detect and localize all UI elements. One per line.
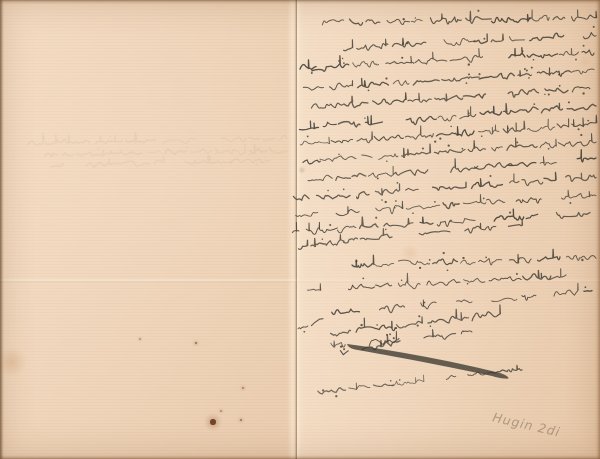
letter-photograph: Hugin 2di: [0, 0, 600, 459]
ink-line: [300, 115, 597, 145]
ink-line: [352, 249, 596, 271]
ink-line: [311, 85, 590, 108]
ink-line: [307, 269, 566, 291]
ink-line: [419, 220, 522, 234]
ink-line: [308, 150, 596, 181]
ink-line: [303, 67, 594, 92]
ink-line: [322, 10, 596, 26]
ink-line: [296, 190, 596, 216]
ink-line: [50, 156, 270, 173]
ink-line: [343, 26, 596, 51]
ink-line: [299, 229, 393, 250]
ink-line: [332, 300, 472, 315]
handwriting-ink-layer: [0, 0, 600, 459]
ink-line: [292, 209, 590, 234]
ink-line: [331, 305, 501, 336]
ink-line: [28, 130, 288, 149]
ink-line: [300, 101, 597, 129]
ink-line: [45, 144, 288, 158]
ink-line: [492, 283, 592, 301]
ink-line: [303, 134, 596, 164]
signature-flourish: [347, 344, 509, 379]
ink-line: [298, 319, 323, 333]
ink-line: [318, 365, 522, 397]
